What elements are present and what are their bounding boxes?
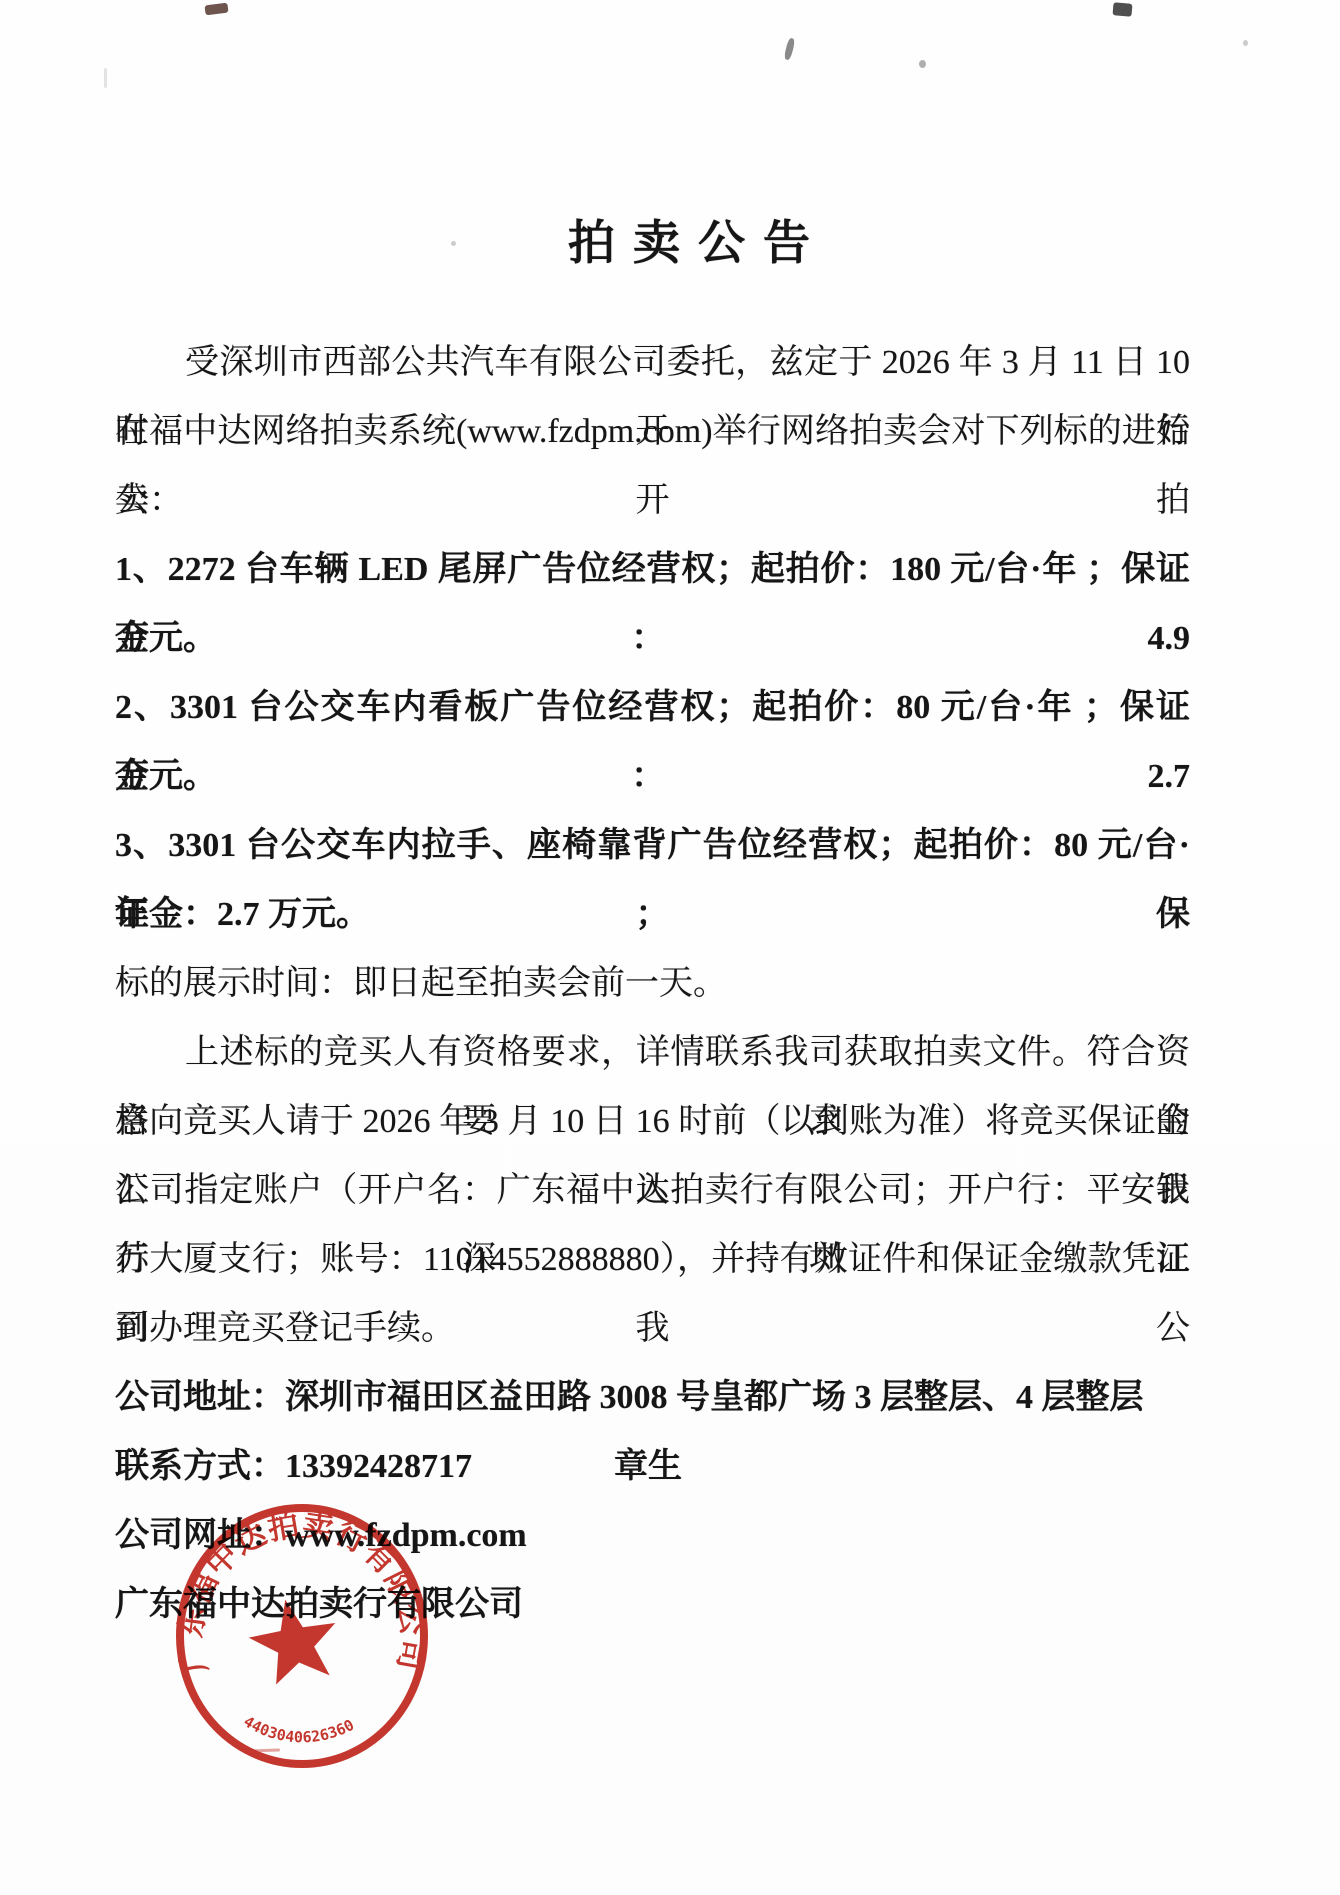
- scan-artifact: [919, 60, 926, 68]
- body-line: 上述标的竞买人有资格要求，详情联系我司获取拍卖文件。符合资格要求的: [115, 1018, 1190, 1087]
- body-line: 公司指定账户（开户名：广东福中达拍卖行有限公司；开户行：平安银行深圳江: [115, 1156, 1190, 1225]
- lot-item-line: 3、3301 台公交车内拉手、座椅靠背广告位经营权；起拍价：80 元/台·年；保: [115, 811, 1190, 880]
- seal-star-icon: [236, 1592, 351, 1703]
- scan-artifact: [204, 3, 228, 16]
- body-line: 意向竞买人请于 2026 年 3 月 10 日 16 时前（以到账为准）将竞买保…: [115, 1087, 1190, 1156]
- body-line: 受深圳市西部公共汽车有限公司委托，兹定于 2026 年 3 月 11 日 10 …: [115, 328, 1190, 397]
- contact-line: 联系方式：13392428717章生: [115, 1432, 1190, 1501]
- document-body: 受深圳市西部公共汽车有限公司委托，兹定于 2026 年 3 月 11 日 10 …: [115, 328, 1190, 1639]
- contact-number: 联系方式：13392428717: [115, 1448, 472, 1485]
- scan-artifact: [1112, 2, 1132, 17]
- contact-person: 章生: [614, 1432, 682, 1501]
- body-line: 苏大厦支行；账号：11014552888880），并持有效证件和保证金缴款凭证到…: [115, 1225, 1190, 1294]
- scan-artifact: [783, 37, 795, 60]
- svg-text:4403040626360: 4403040626360: [240, 1712, 358, 1746]
- company-seal-stamp: 广东福中达拍卖行有限公司 4403040626360: [168, 1498, 438, 1790]
- body-line: 在福中达网络拍卖系统(www.fzdpm.com)举行网络拍卖会对下列标的进行公…: [115, 397, 1190, 466]
- document-page: 拍卖公告 受深圳市西部公共汽车有限公司委托，兹定于 2026 年 3 月 11 …: [0, 0, 1340, 1895]
- scan-artifact: [1243, 40, 1248, 46]
- seal-serial-number: 4403040626360: [240, 1712, 358, 1746]
- scan-artifact: [104, 68, 107, 88]
- company-address-line: 公司地址：深圳市福田区益田路 3008 号皇都广场 3 层整层、4 层整层: [115, 1363, 1190, 1432]
- exhibit-time-line: 标的展示时间：即日起至拍卖会前一天。: [115, 949, 1190, 1018]
- lot-item-line: 2、3301 台公交车内看板广告位经营权；起拍价：80 元/台·年 ；保证金：2…: [115, 673, 1190, 742]
- page-title: 拍卖公告: [56, 206, 1340, 273]
- lot-item-line: 1、2272 台车辆 LED 尾屏广告位经营权；起拍价：180 元/台·年 ；保…: [115, 535, 1190, 604]
